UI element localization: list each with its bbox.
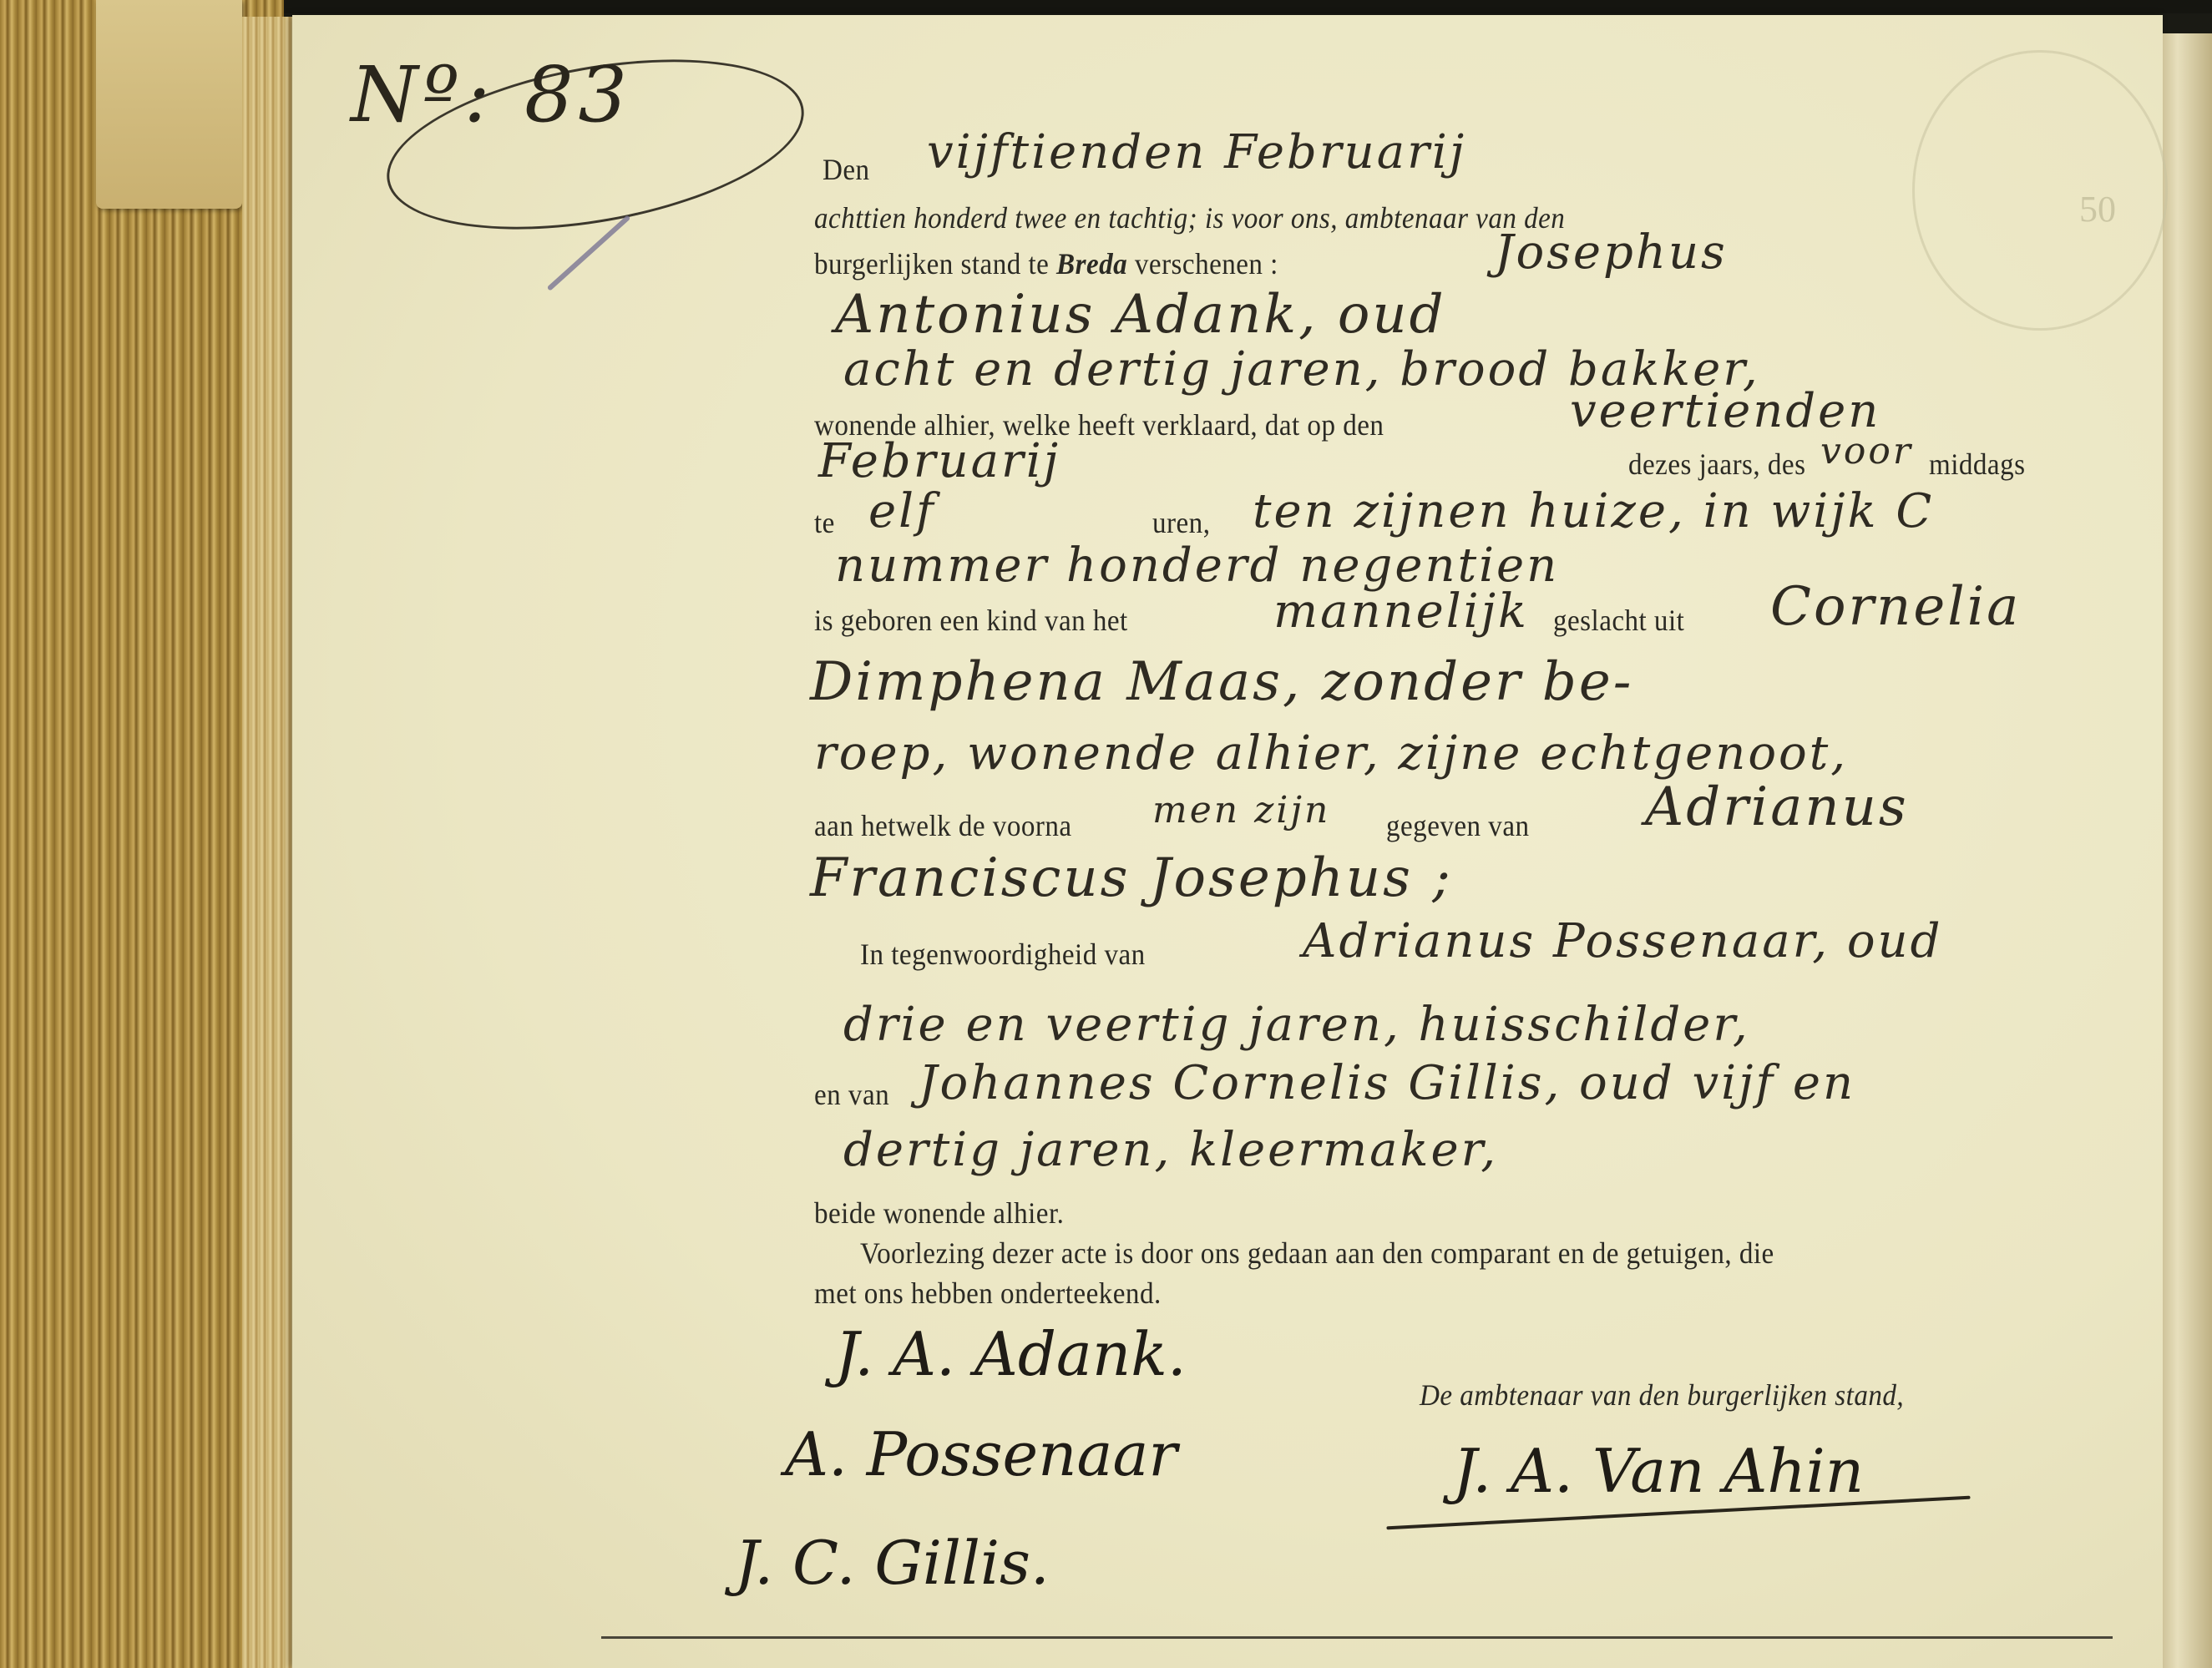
hw-date-day: vijftienden Februarij: [927, 125, 1466, 179]
record-separator-rule: [601, 1636, 2113, 1639]
leaf-stack: [242, 17, 292, 1668]
hw-witness1-age: drie en veertig jaren, huisschilder,: [843, 998, 1750, 1052]
hw-mother-first: Cornelia: [1770, 576, 2021, 638]
form-born: is geboren een kind van het: [814, 603, 1128, 638]
form-child-names: aan hetwelk de voorna: [814, 808, 1072, 843]
hw-sex: mannelijk: [1273, 584, 1529, 639]
form-den: Den: [823, 152, 870, 187]
form-gender-from: geslacht uit: [1553, 603, 1684, 638]
hw-declarant-first: Josephus: [1495, 225, 1728, 280]
hw-ampm: voor: [1820, 430, 1913, 473]
form-reading: Voorlezing dezer acte is door ons gedaan…: [860, 1236, 1774, 1271]
signature-declarant: J. A. Adank.: [835, 1319, 1187, 1389]
form-civil-stand: burgerlijken stand te Breda verschenen :: [814, 246, 1278, 281]
form-in-presence: In tegenwoordigheid van: [860, 937, 1146, 972]
hw-mother-name: Dimphena Maas, zonder be-: [810, 651, 1633, 713]
hw-hour: elf: [868, 484, 936, 538]
form-this-year: dezes jaars, des: [1628, 447, 1805, 482]
facing-page-edge: [2163, 33, 2212, 1668]
scan-background: [0, 0, 2212, 13]
form-both-residing: beide wonende alhier.: [814, 1195, 1064, 1231]
hw-mother-residence: roep, wonende alhier, zijne echtgenoot,: [814, 726, 1848, 781]
form-civil-stand-text: burgerlijken stand te: [814, 247, 1049, 281]
paper-tab: [96, 0, 242, 209]
official-label: De ambtenaar van den burgerlijken stand,: [1420, 1377, 1904, 1413]
record-number: Nº: 83: [351, 50, 632, 139]
form-year-line: achttien honderd twee en tachtig; is voo…: [814, 200, 1565, 235]
signature-witness2: J. C. Gillis.: [735, 1528, 1050, 1598]
form-appeared: verschenen :: [1135, 247, 1278, 281]
seal-value: 50: [2079, 188, 2116, 230]
form-given: gegeven van: [1386, 808, 1530, 843]
book-page-edges: [0, 0, 284, 1668]
embossed-seal-icon: [1912, 50, 2168, 331]
form-hours: uren,: [1152, 505, 1210, 540]
hw-witness1: Adrianus Possenaar, oud: [1303, 914, 1942, 968]
form-te: te: [814, 505, 835, 540]
signature-official: J. A. Van Ahin: [1453, 1436, 1864, 1506]
hw-child-first: Adrianus: [1645, 776, 1909, 838]
hw-place: ten zijnen huize, in wijk C: [1253, 484, 1934, 538]
form-and-of: en van: [814, 1077, 889, 1112]
hw-witness2: Johannes Cornelis Gillis, oud vijf en: [919, 1056, 1855, 1110]
form-midday: middags: [1929, 447, 2025, 482]
hw-birth-month: Februarij: [818, 434, 1060, 488]
hw-child-names: Franciscus Josephus ;: [810, 847, 1453, 909]
form-signed: met ons hebben onderteekend.: [814, 1276, 1162, 1311]
hw-names-suffix: men zijn: [1152, 789, 1330, 831]
hw-witness2-age: dertig jaren, kleermaker,: [843, 1123, 1498, 1177]
form-city: Breda: [1056, 247, 1127, 281]
hw-declarant-name: Antonius Adank, oud: [835, 284, 1446, 346]
signature-witness1: A. Possenaar: [785, 1419, 1177, 1489]
